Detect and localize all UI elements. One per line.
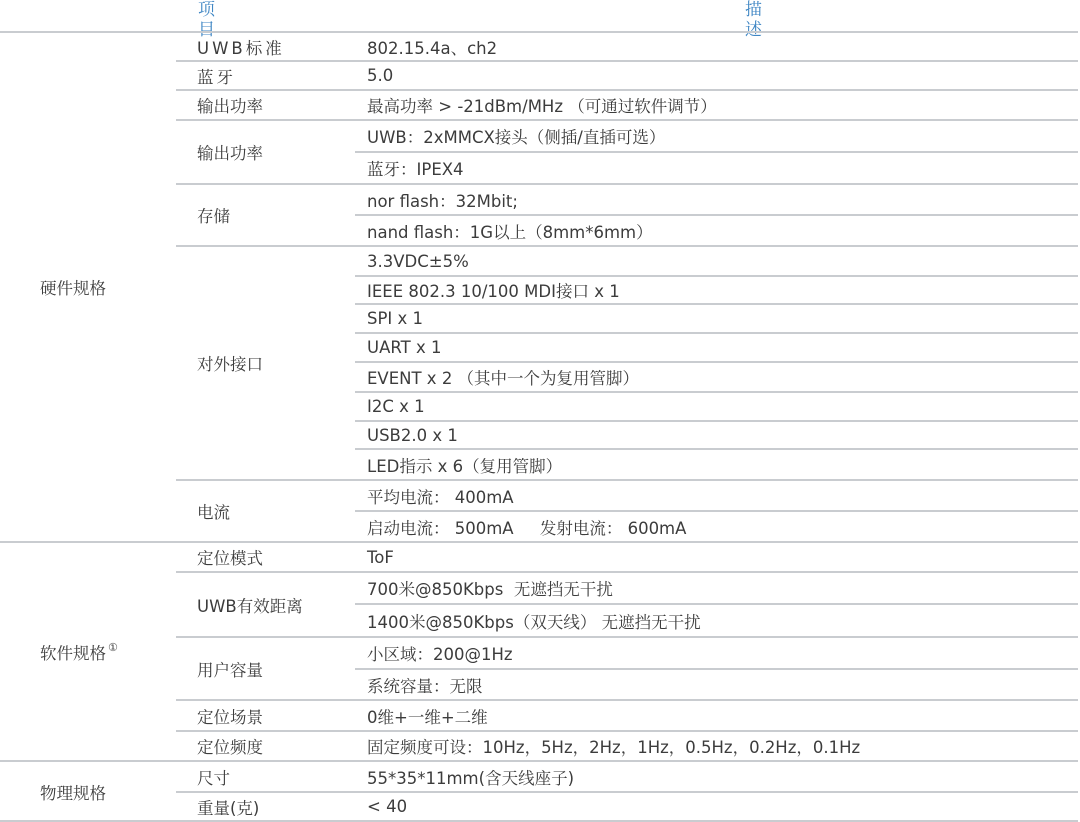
item-value: 小区域：200@1Hz	[367, 637, 1067, 669]
item-label: 尺寸	[197, 761, 357, 792]
item-value: 5.0	[367, 61, 1067, 90]
item-value: 启动电流： 500mA 发射电流： 600mA	[367, 511, 1067, 542]
item-label: UWB标准	[197, 32, 357, 61]
item-value: UART x 1	[367, 333, 1067, 362]
item-label: 定位模式	[197, 542, 357, 572]
item-value: 系统容量：无限	[367, 669, 1067, 700]
item-label: 蓝牙	[197, 61, 357, 90]
item-label: 定位场景	[197, 700, 357, 731]
item-label: 重量(克)	[197, 792, 357, 821]
item-value: nand flash：1G以上（8mm*6mm）	[367, 215, 1067, 246]
column-header-item: 项 目	[198, 0, 278, 32]
item-label: 定位频度	[197, 731, 357, 761]
footnote-marker: ①	[108, 641, 118, 654]
item-value: 蓝牙：IPEX4	[367, 152, 1067, 184]
item-value: 3.3VDC±5%	[367, 246, 1067, 276]
item-value: 0维+一维+二维	[367, 700, 1067, 731]
item-value: UWB：2xMMCX接头（侧插/直插可选）	[367, 120, 1067, 152]
item-value: I2C x 1	[367, 392, 1067, 421]
item-value: LED指示 x 6（复用管脚）	[367, 449, 1067, 480]
item-label: 电流	[197, 480, 357, 542]
item-value: 1400米@850Kbps（双天线） 无遮挡无干扰	[367, 604, 1067, 637]
item-value: 最高功率 > -21dBm/MHz （可通过软件调节）	[367, 90, 1067, 120]
item-value: 700米@850Kbps 无遮挡无干扰	[367, 572, 1067, 604]
item-label: 用户容量	[197, 637, 357, 700]
section-label-software: 软件规格①	[40, 542, 170, 761]
item-value: 平均电流： 400mA	[367, 480, 1067, 511]
item-value: < 40	[367, 792, 1067, 821]
item-value: 固定频度可设：10Hz，5Hz，2Hz，1Hz，0.5Hz，0.2Hz，0.1H…	[367, 731, 1067, 761]
item-value: 55*35*11mm(含天线座子)	[367, 761, 1067, 792]
item-value: nor flash：32Mbit;	[367, 184, 1067, 215]
item-value: EVENT x 2 （其中一个为复用管脚）	[367, 362, 1067, 392]
item-label: UWB有效距离	[197, 572, 357, 637]
section-label-text: 软件规格	[40, 640, 106, 664]
section-label-hardware: 硬件规格	[40, 32, 170, 542]
item-value: IEEE 802.3 10/100 MDI接口 x 1	[367, 276, 1067, 304]
item-label: 存储	[197, 184, 357, 246]
item-label: 输出功率	[197, 90, 357, 120]
item-value: USB2.0 x 1	[367, 421, 1067, 449]
item-label: 输出功率	[197, 120, 357, 184]
column-header-description: 描 述	[745, 0, 825, 32]
item-value: ToF	[367, 542, 1067, 572]
item-value: SPI x 1	[367, 304, 1067, 333]
item-value: 802.15.4a、ch2	[367, 32, 1067, 61]
section-label-physical: 物理规格	[40, 761, 170, 822]
item-label: 对外接口	[197, 246, 357, 480]
